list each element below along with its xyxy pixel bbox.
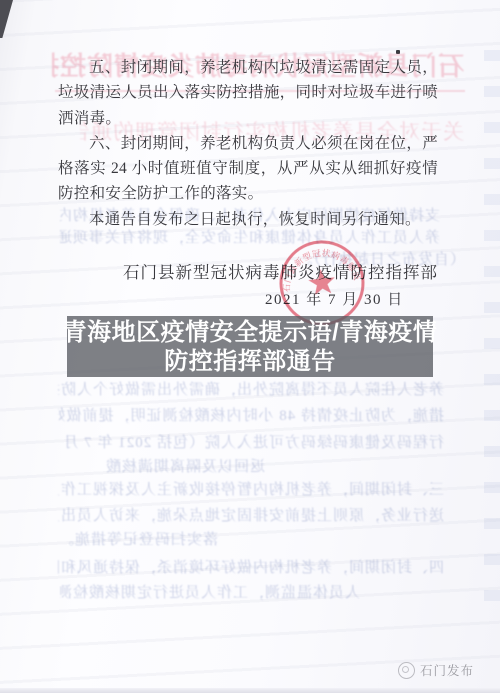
notice-paragraph-5: 五、封闭期间，养老机构内垃圾清运需固定人员，垃圾清运人员出入落实防控措施，同时对… bbox=[58, 55, 438, 131]
publisher-watermark: 石门发布 bbox=[398, 661, 474, 679]
publisher-logo-icon bbox=[398, 662, 415, 679]
bleed-line: 养老人住院人员不得离院外出，确需外出需做好个人防护 bbox=[58, 378, 444, 399]
overlay-title-line2: 防控指挥部通告 bbox=[164, 347, 336, 376]
overlay-title-line1: 青海地区疫情安全提示语/青海疫情 bbox=[63, 318, 438, 347]
photo-corner-shadow bbox=[0, 0, 13, 38]
overlay-title-banner: 青海地区疫情安全提示语/青海疫情 防控指挥部通告 bbox=[67, 316, 433, 377]
photographed-notice-page: 石门县新型冠状病毒肺炎疫情防控指挥部通告 关于对全县养老机构实行封闭管理的通告 … bbox=[0, 0, 500, 693]
notice-paragraph-6: 六、封闭期间，养老机构负责人必须在岗在位，严格落实 24 小时值班值守制度，从严… bbox=[58, 131, 438, 207]
bleed-line: 落实扫码登记等措施。 bbox=[56, 528, 218, 549]
notice-body: 五、封闭期间，养老机构内垃圾清运需固定人员，垃圾清运人员出入落实防控措施，同时对… bbox=[58, 55, 438, 232]
paper-bottom-edge bbox=[0, 688, 500, 693]
bleed-line: 四、封闭期间，养老机构内做好环境消杀，保持通风和院内 bbox=[58, 556, 444, 577]
bleed-line: 人员体温监测，工作人员进行定期核酸检测。 bbox=[60, 581, 360, 602]
bleed-line: 行程码及健康码绿码方可进入人院（包括 2021 年 7 月 30 日前 bbox=[58, 431, 444, 452]
ink-speck bbox=[396, 50, 400, 54]
notice-closing-line: 本通告自发布之日起执行，恢复时间另行通知。 bbox=[58, 207, 438, 232]
bleed-line: 送行业务，原则上提前安排固定地点朵施，来访人员出入严格 bbox=[58, 504, 444, 525]
right-edge-bleed-smudges bbox=[484, 50, 500, 603]
bleed-line: 返回以及隔离期满核酸检测合格人）。 bbox=[107, 455, 265, 476]
publisher-watermark-label: 石门发布 bbox=[420, 661, 474, 679]
bleed-line: 三、封闭期间，养老机构内暂停接收新主人及探视工作人员 bbox=[58, 478, 444, 499]
bleed-line: 措施，为防止疫情持 48 小时内核酸检测证明，提前做好登记， bbox=[58, 404, 444, 425]
seal-star-icon bbox=[307, 268, 336, 296]
